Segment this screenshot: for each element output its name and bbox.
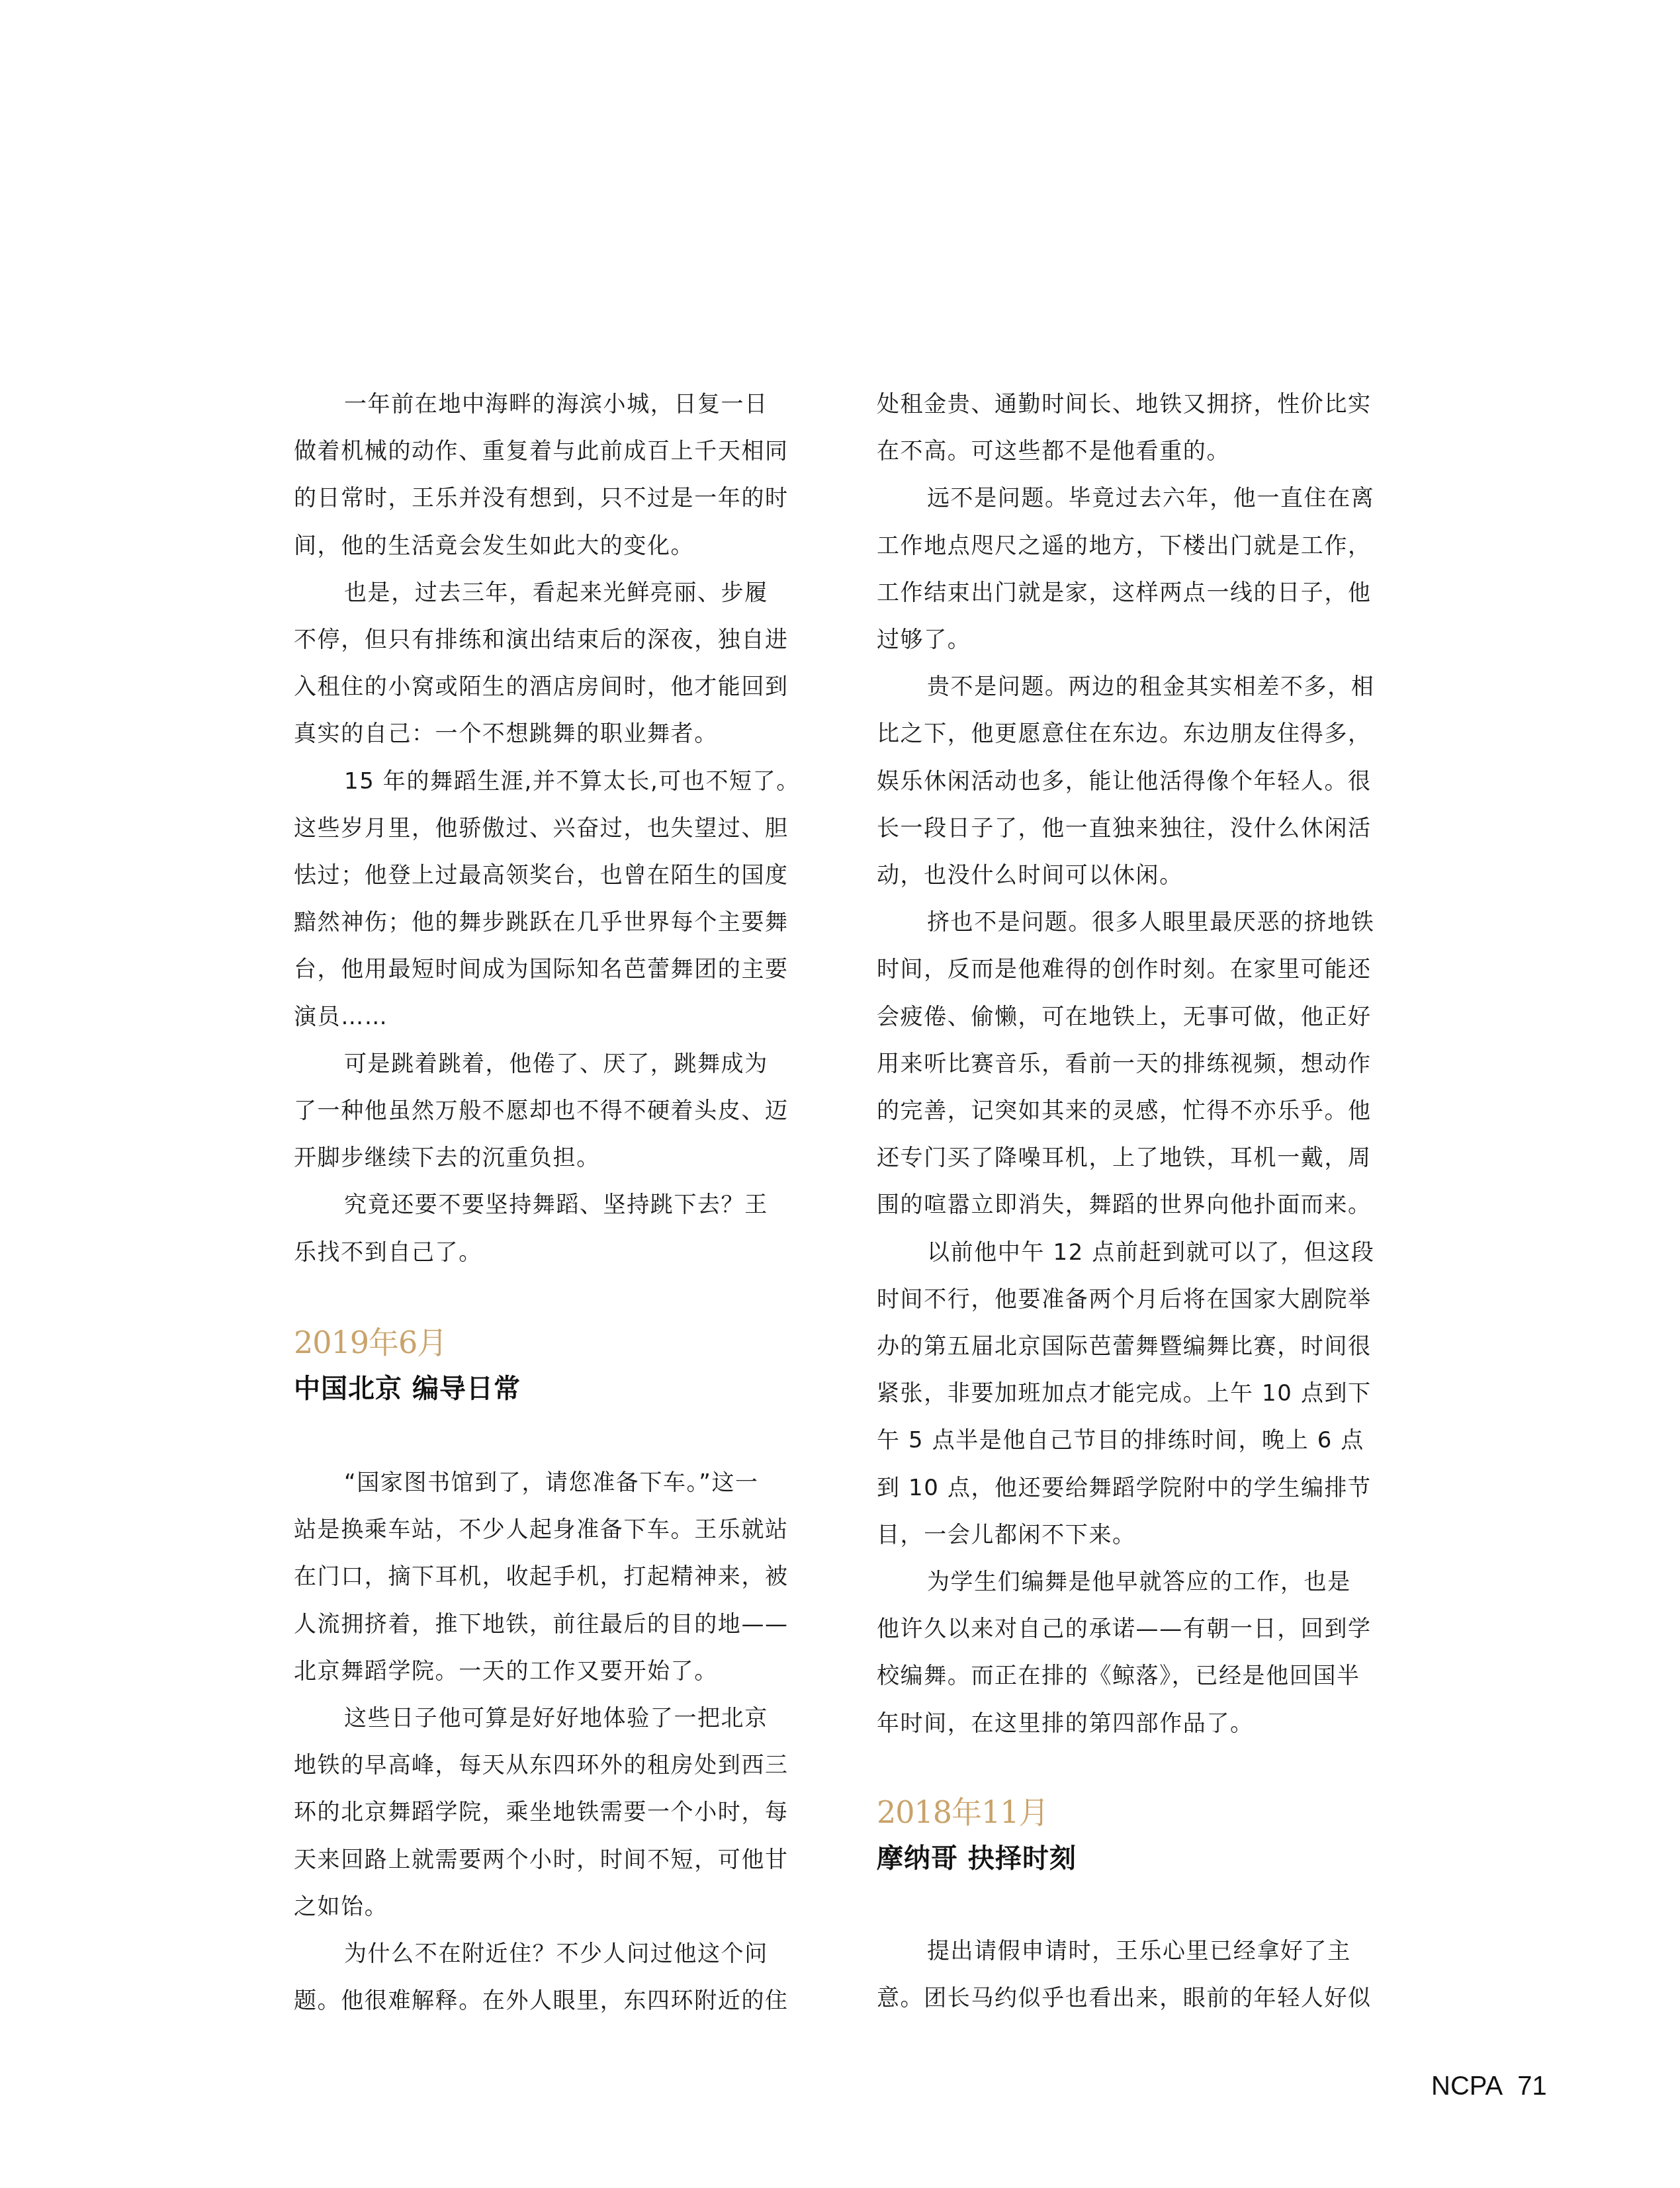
text-line: 了一种他虽然万般不愿却也不得不硬着头皮、迈 [294,1098,789,1124]
text-line: 目，一会儿都闲不下来。 [877,1522,1136,1548]
text-line: 北京舞蹈学院。一天的工作又要开始了。 [294,1658,718,1685]
text-line: 动，也没什么时间可以休闲。 [877,862,1183,889]
text-line: 开脚步继续下去的沉重负担。 [294,1145,600,1171]
text-line: 到 10 点，他还要给舞蹈学院附中的学生编排节 [877,1475,1372,1501]
text-line: 他许久以来对自己的承诺——有朝一日，回到学 [877,1616,1372,1642]
text-line: 工作结束出门就是家，这样两点一线的日子，他 [877,580,1372,606]
text-line: 过够了。 [877,627,971,653]
text-line: 天来回路上就需要两个小时，时间不短，可他甘 [294,1847,789,1873]
text-line: 之如饴。 [294,1894,388,1920]
text-line: 题。他很难解释。在外人眼里，东四环附近的住 [294,1988,789,2014]
text-line: 乐找不到自己了。 [294,1239,482,1266]
text-line: 在门口，摘下耳机，收起手机，打起精神来，被 [294,1563,789,1590]
text-line: 时间，反而是他难得的创作时刻。在家里可能还 [877,956,1372,983]
text-line: 环的北京舞蹈学院，乘坐地铁需要一个小时，每 [294,1799,789,1825]
text-line: 紧张，非要加班加点才能完成。上午 10 点到下 [877,1380,1372,1407]
section-date-heading: 2018年11月 [877,1796,1049,1829]
text-line: 一年前在地中海畔的海滨小城，日复一日 [294,391,768,417]
text-line: 还专门买了降噪耳机，上了地铁，耳机一戴，周 [877,1145,1372,1171]
text-line: 时间不行，他要准备两个月后将在国家大剧院举 [877,1286,1372,1313]
text-line: 怯过；他登上过最高领奖台，也曾在陌生的国度 [294,862,789,889]
text-line: 人流拥挤着，推下地铁，前往最后的目的地—— [294,1611,789,1638]
text-line: 比之下，他更愿意住在东边。东边朋友住得多， [877,721,1372,747]
text-line: 为什么不在附近住？不少人问过他这个问 [294,1941,768,1967]
page-footer: NCPA71 [1431,2071,1547,2101]
text-line: 校编舞。而正在排的《鲸落》，已经是他回国半 [877,1663,1360,1689]
text-line: 究竟还要不要坚持舞蹈、坚持跳下去？王 [294,1192,768,1218]
text-line: 年时间，在这里排的第四部作品了。 [877,1710,1254,1737]
section-date-heading: 2019年6月 [294,1326,447,1359]
text-line: 这些日子他可算是好好地体验了一把北京 [294,1705,768,1731]
text-line: 意。团长马约似乎也看出来，眼前的年轻人好似 [877,1985,1372,2011]
text-line: 贵不是问题。两边的租金其实相差不多，相 [877,674,1374,700]
text-line: 间，他的生活竟会发生如此大的变化。 [294,533,694,559]
text-line: 午 5 点半是他自己节目的排练时间，晚上 6 点 [877,1427,1364,1454]
text-line: 工作地点咫尺之遥的地方，下楼出门就是工作， [877,533,1372,559]
text-line: 这些岁月里，他骄傲过、兴奋过，也失望过、胆 [294,815,789,842]
publication-name: NCPA [1431,2072,1503,2101]
text-line: 会疲倦、偷懒，可在地铁上，无事可做，他正好 [877,1004,1372,1030]
text-line: 办的第五届北京国际芭蕾舞暨编舞比赛，时间很 [877,1333,1372,1360]
text-line: 台，他用最短时间成为国际知名芭蕾舞团的主要 [294,956,789,983]
text-line: 为学生们编舞是他早就答应的工作，也是 [877,1569,1351,1595]
text-line: 做着机械的动作、重复着与此前成百上千天相同 [294,438,789,464]
text-line: 的日常时，王乐并没有想到，只不过是一年的时 [294,485,789,511]
text-line: 15 年的舞蹈生涯,并不算太长,可也不短了。 [294,768,800,795]
text-line: 处租金贵、通勤时间长、地铁又拥挤，性价比实 [877,391,1372,417]
text-line: 真实的自己：一个不想跳舞的职业舞者。 [294,721,718,747]
text-line: 在不高。可这些都不是他看重的。 [877,438,1230,464]
section-title-heading: 摩纳哥 抉择时刻 [877,1843,1077,1874]
text-line: 可是跳着跳着，他倦了、厌了，跳舞成为 [294,1051,768,1077]
text-line: 站是换乘车站，不少人起身准备下车。王乐就站 [294,1516,789,1543]
text-line: “国家图书馆到了，请您准备下车。”这一 [294,1469,759,1496]
text-line: 挤也不是问题。很多人眼里最厌恶的挤地铁 [877,909,1374,936]
text-line: 用来听比赛音乐，看前一天的排练视频，想动作 [877,1051,1372,1077]
text-line: 演员…… [294,1004,388,1030]
section-title-heading: 中国北京 编导日常 [294,1374,521,1404]
text-line: 娱乐休闲活动也多，能让他活得像个年轻人。很 [877,768,1372,795]
text-line: 以前他中午 12 点前赶到就可以了，但这段 [877,1239,1374,1266]
text-line: 地铁的早高峰，每天从东四环外的租房处到西三 [294,1752,789,1778]
text-line: 长一段日子了，他一直独来独往，没什么休闲活 [877,815,1372,842]
text-line: 不停，但只有排练和演出结束后的深夜，独自进 [294,627,789,653]
page-number: 71 [1517,2072,1547,2101]
text-line: 也是，过去三年，看起来光鲜亮丽、步履 [294,580,768,606]
text-line: 入租住的小窝或陌生的酒店房间时，他才能回到 [294,674,789,700]
magazine-page: 一年前在地中海畔的海滨小城，日复一日做着机械的动作、重复着与此前成百上千天相同的… [0,0,1680,2188]
text-line: 提出请假申请时，王乐心里已经拿好了主 [877,1938,1351,1964]
text-line: 的完善，记突如其来的灵感，忙得不亦乐乎。他 [877,1098,1372,1124]
text-line: 远不是问题。毕竟过去六年，他一直住在离 [877,485,1374,511]
text-line: 黯然神伤；他的舞步跳跃在几乎世界每个主要舞 [294,909,789,936]
text-line: 围的喧嚣立即消失，舞蹈的世界向他扑面而来。 [877,1192,1372,1218]
